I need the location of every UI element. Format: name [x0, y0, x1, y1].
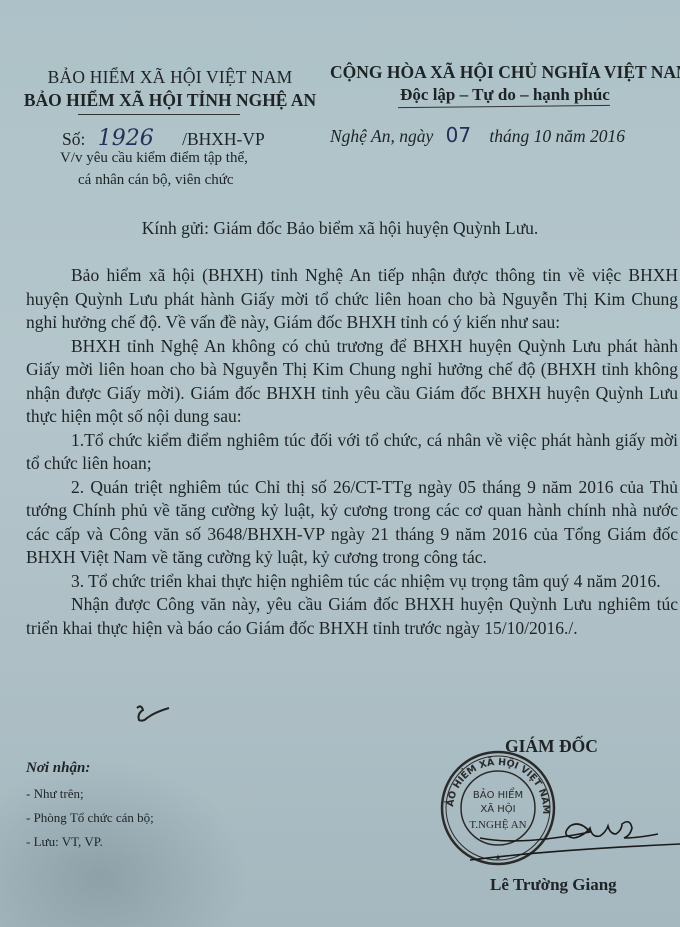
date-day-handwritten: 07 — [446, 123, 471, 147]
nation-title: CỘNG HÒA XÃ HỘI CHỦ NGHĨA VIỆT NAM — [330, 62, 680, 83]
subject-line-2: cá nhân cán bộ, viên chức — [78, 172, 234, 189]
recipient-item: - Phòng Tổ chức cán bộ; — [26, 810, 154, 826]
doc-number-suffix: /BHXH-VP — [182, 129, 265, 149]
handwritten-signature-icon — [470, 808, 680, 868]
svg-text:BẢO HIỂM: BẢO HIỂM — [473, 787, 523, 801]
body-list-item: 3. Tổ chức triển khai thực hiện nghiêm t… — [26, 570, 678, 594]
body-list-item: 1.Tổ chức kiểm điểm nghiêm túc đối với t… — [26, 429, 678, 476]
doc-number-label: Số: — [62, 129, 85, 149]
doc-number-handwritten: 1926 — [98, 126, 154, 151]
header-right-divider — [398, 105, 610, 108]
header-left-divider — [78, 114, 240, 115]
body-paragraph: Bảo hiểm xã hội (BHXH) tỉnh Nghệ An tiếp… — [26, 264, 678, 335]
handwritten-initial-icon — [133, 702, 173, 726]
body-list-item: 2. Quán triệt nghiêm túc Chỉ thị số 26/C… — [26, 476, 678, 570]
agency-name: BẢO HIỂM XÃ HỘI VIỆT NAM — [0, 67, 340, 88]
recipient-item: - Như trên; — [26, 786, 84, 802]
document-body: Bảo hiểm xã hội (BHXH) tỉnh Nghệ An tiếp… — [26, 264, 678, 640]
national-motto: Độc lập – Tự do – hạnh phúc — [390, 85, 620, 105]
sub-agency-name: BẢO HIỂM XÃ HỘI TỈNH NGHỆ AN — [0, 90, 340, 111]
body-paragraph: Nhận được Công văn này, yêu cầu Giám đốc… — [26, 593, 678, 640]
date-prefix: Nghệ An, ngày — [330, 126, 433, 146]
document-number: Số: 1926 /BHXH-VP — [62, 126, 265, 151]
subject-line-1: V/v yêu cầu kiểm điểm tập thể, — [60, 150, 248, 167]
recipients-title: Nơi nhận: — [26, 760, 90, 777]
body-paragraph: BHXH tỉnh Nghệ An không có chủ trương để… — [26, 335, 678, 429]
signer-name: Lê Trường Giang — [490, 875, 617, 895]
addressee: Kính gửi: Giám đốc Bảo biểm xã hội huyện… — [0, 218, 680, 239]
recipient-item: - Lưu: VT, VP. — [26, 834, 103, 850]
date-line: Nghệ An, ngày 07 tháng 10 năm 2016 — [330, 123, 625, 147]
date-suffix: tháng 10 năm 2016 — [489, 126, 625, 146]
